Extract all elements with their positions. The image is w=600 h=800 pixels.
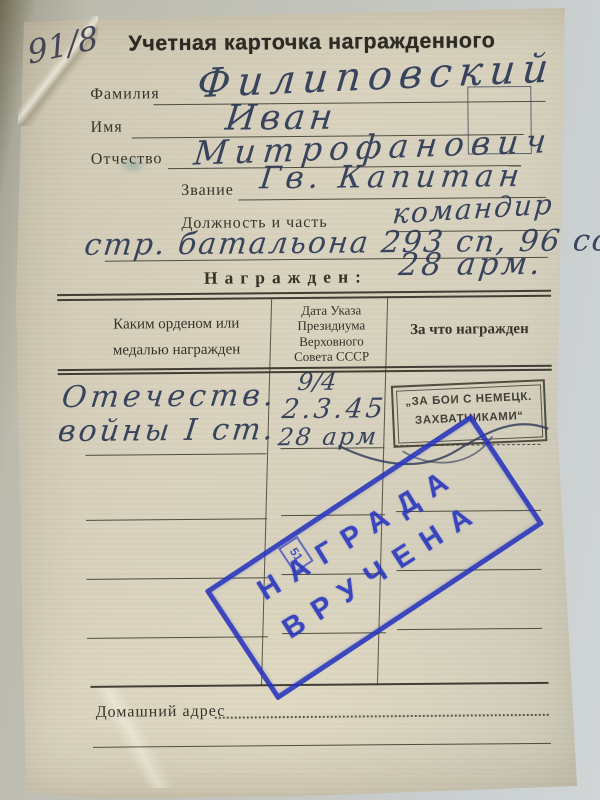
date-value-line2: 2.3.45	[280, 393, 387, 425]
home-address-label: Домашний адрес	[96, 703, 226, 722]
rule-line	[85, 453, 266, 456]
rule-line	[86, 518, 267, 521]
award-delivered-stamp: 51 НАГРАДА ВРУЧЕНА	[205, 414, 545, 701]
patronymic-label: Отчество	[91, 150, 163, 169]
date-value-line1: 9/4	[296, 368, 338, 396]
rule-line	[397, 628, 542, 630]
awarded-by-label: Награжден:	[204, 266, 368, 288]
table-header-date-line: Президиума	[297, 318, 365, 334]
table-header-date-line: Совета СССР	[294, 348, 369, 364]
award-value-line1: Отечеств.	[60, 378, 279, 415]
table-header-date-line: Верховного	[299, 333, 364, 349]
rule-line	[93, 743, 551, 748]
mark-box	[467, 86, 532, 155]
rank-value: Гв. Капитан	[258, 158, 526, 196]
surname-label: Фамилия	[90, 85, 159, 104]
award-value-line2: войны I ст.	[56, 412, 278, 449]
table-header-date: Дата Указа Президиума Верховного Совета …	[278, 302, 385, 364]
name-label: Имя	[91, 119, 123, 137]
table-header-award: Каким орденом или медалью награжден	[87, 310, 265, 364]
table-header-date-line: Дата Указа	[301, 302, 361, 318]
photo-background: 91/8 Учетная карточка награжденного Фами…	[0, 0, 600, 800]
card-content: 91/8 Учетная карточка награжденного Фами…	[0, 0, 600, 800]
corner-note: 91/8	[26, 18, 100, 72]
awarded-by-value: 28 арм.	[397, 246, 545, 283]
rule-line	[90, 682, 548, 688]
dotted-rule-line	[215, 714, 549, 719]
rank-label: Звание	[181, 182, 234, 200]
table-header-reason: За что награжден	[395, 321, 543, 339]
